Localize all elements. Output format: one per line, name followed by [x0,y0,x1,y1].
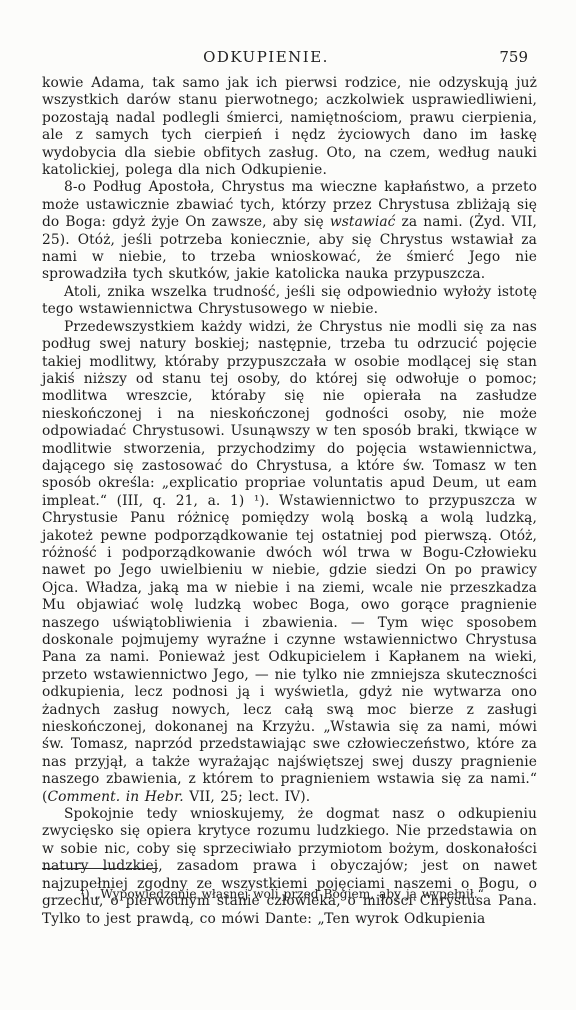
running-header: ODKUPIENIE. 759 [42,48,536,68]
paragraph: 8-o Podług Apostoła, Chrystus ma wieczne… [42,179,537,283]
page-number: 759 [499,48,528,66]
paragraph: Atoli, znika wszelka trudność, jeśli się… [42,284,537,319]
paragraph: kowie Adama, tak samo jak ich pierwsi ro… [42,75,537,179]
text-run: Atoli, znika wszelka trudność, jeśli się… [42,284,537,317]
paragraph: Przedewszystkiem każdy widzi, że Chrystu… [42,319,537,806]
italic-text: Comment. in Hebr. [47,789,183,805]
text-run: Spokojnie tedy wnioskujemy, że dogmat na… [42,806,537,926]
footnote-divider [42,868,158,869]
text-run: kowie Adama, tak samo jak ich pierwsi ro… [42,75,537,178]
body-text: kowie Adama, tak samo jak ich pierwsi ro… [42,75,537,928]
footnote-text: ¹) „Wypowiedzenie własnej woli przed Bog… [42,886,537,902]
text-run: VII, 25; lect. IV). [184,789,310,805]
italic-text: wstawiać [330,214,396,230]
page-title: ODKUPIENIE. [42,48,490,66]
book-page: ODKUPIENIE. 759 kowie Adama, tak samo ja… [0,0,576,1010]
text-run: Przedewszystkiem każdy widzi, że Chrystu… [42,319,537,805]
paragraph: Spokojnie tedy wnioskujemy, że dogmat na… [42,806,537,928]
